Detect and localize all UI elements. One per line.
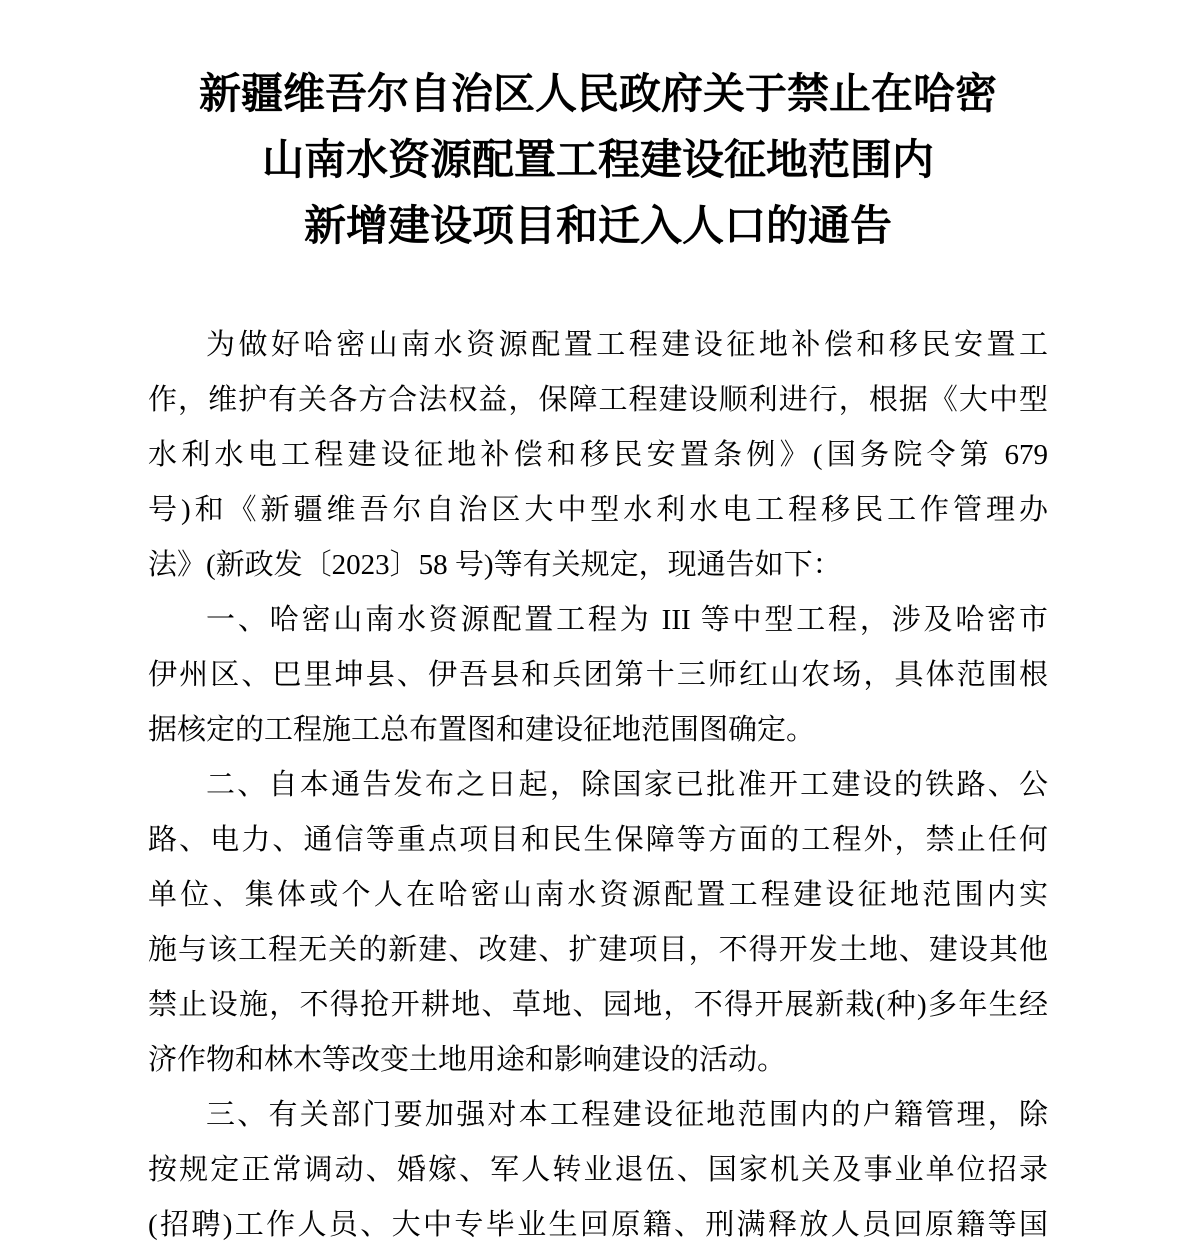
body-line: 济作物和林木等改变土地用途和影响建设的活动。	[148, 1033, 1048, 1088]
notice-body: 为做好哈密山南水资源配置工程建设征地补偿和移民安置工 作，维护有关各方合法权益，…	[148, 318, 1048, 1253]
paragraph-item-2: 二、自本通告发布之日起，除国家已批准开工建设的铁路、公 路、电力、通信等重点项目…	[148, 758, 1048, 1088]
title-line-2: 山南水资源配置工程建设征地范围内	[148, 128, 1048, 194]
body-line: 施与该工程无关的新建、改建、扩建项目，不得开发土地、建设其他	[148, 923, 1048, 978]
body-line: 为做好哈密山南水资源配置工程建设征地补偿和移民安置工	[148, 318, 1048, 373]
body-line: 按规定正常调动、婚嫁、军人转业退伍、国家机关及事业单位招录	[148, 1143, 1048, 1198]
paragraph-preamble: 为做好哈密山南水资源配置工程建设征地补偿和移民安置工 作，维护有关各方合法权益，…	[148, 318, 1048, 593]
body-line: 号)和《新疆维吾尔自治区大中型水利水电工程移民工作管理办	[148, 483, 1048, 538]
notice-document-page: 新疆维吾尔自治区人民政府关于禁止在哈密 山南水资源配置工程建设征地范围内 新增建…	[0, 0, 1188, 1258]
body-line: 伊州区、巴里坤县、伊吾县和兵团第十三师红山农场，具体范围根	[148, 648, 1048, 703]
body-line: 三、有关部门要加强对本工程建设征地范围内的户籍管理，除	[148, 1088, 1048, 1143]
body-line: 路、电力、通信等重点项目和民生保障等方面的工程外，禁止任何	[148, 813, 1048, 868]
paragraph-item-1: 一、哈密山南水资源配置工程为 III 等中型工程，涉及哈密市 伊州区、巴里坤县、…	[148, 593, 1048, 758]
body-line: (招聘)工作人员、大中专毕业生回原籍、刑满释放人员回原籍等国	[148, 1198, 1048, 1253]
paragraph-item-3: 三、有关部门要加强对本工程建设征地范围内的户籍管理，除 按规定正常调动、婚嫁、军…	[148, 1088, 1048, 1253]
body-line: 法》(新政发〔2023〕58 号)等有关规定，现通告如下：	[148, 538, 1048, 593]
body-line: 二、自本通告发布之日起，除国家已批准开工建设的铁路、公	[148, 758, 1048, 813]
body-line: 单位、集体或个人在哈密山南水资源配置工程建设征地范围内实	[148, 868, 1048, 923]
body-line: 据核定的工程施工总布置图和建设征地范围图确定。	[148, 703, 1048, 758]
notice-title: 新疆维吾尔自治区人民政府关于禁止在哈密 山南水资源配置工程建设征地范围内 新增建…	[148, 62, 1048, 260]
body-line: 一、哈密山南水资源配置工程为 III 等中型工程，涉及哈密市	[148, 593, 1048, 648]
body-line: 禁止设施，不得抢开耕地、草地、园地，不得开展新栽(种)多年生经	[148, 978, 1048, 1033]
body-line: 作，维护有关各方合法权益，保障工程建设顺利进行，根据《大中型	[148, 373, 1048, 428]
document-content: 新疆维吾尔自治区人民政府关于禁止在哈密 山南水资源配置工程建设征地范围内 新增建…	[148, 0, 1048, 1253]
body-line: 水利水电工程建设征地补偿和移民安置条例》(国务院令第 679	[148, 428, 1048, 483]
title-line-3: 新增建设项目和迁入人口的通告	[148, 194, 1048, 260]
title-line-1: 新疆维吾尔自治区人民政府关于禁止在哈密	[148, 62, 1048, 128]
